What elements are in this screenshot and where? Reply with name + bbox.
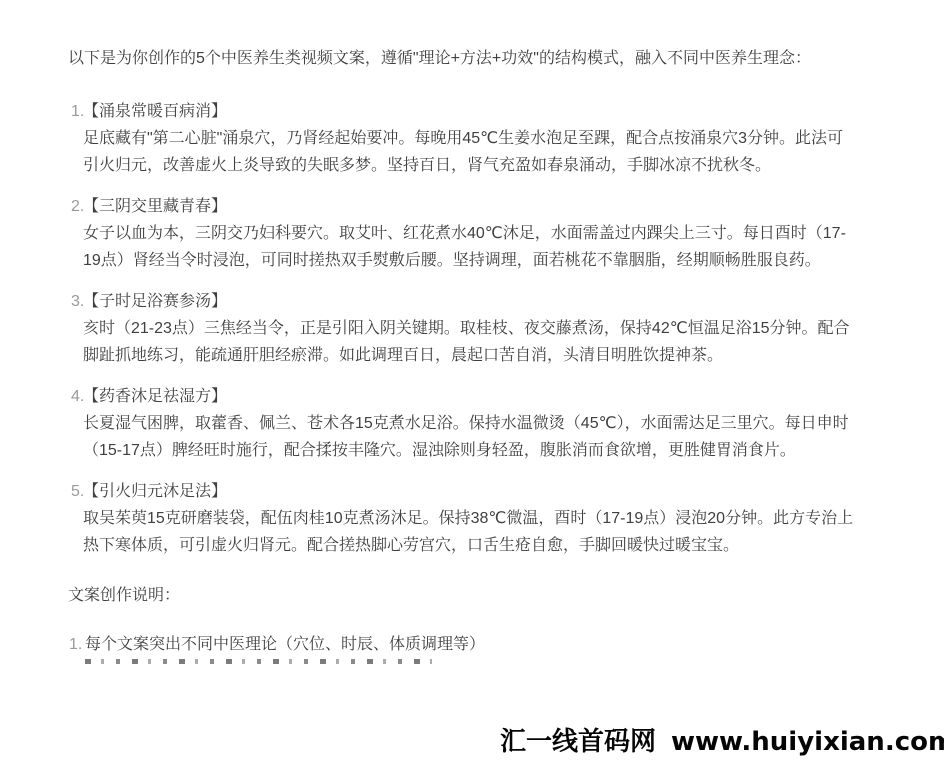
item-body: 足底藏有"第二心脏"涌泉穴，乃肾经起始要冲。每晚用45℃生姜水泡足至踝，配合点按… xyxy=(83,125,855,179)
item-body: 女子以血为本，三阴交乃妇科要穴。取艾叶、红花煮水40℃沐足，水面需盖过内踝尖上三… xyxy=(83,220,855,274)
watermark: 汇一线首码网 www.huiyixian.com xyxy=(494,724,944,760)
watermark-url: www.huiyixian.com xyxy=(671,729,944,756)
document-content: 以下是为你创作的5个中医养生类视频文案，遵循"理论+方法+功效"的结构模式，融入… xyxy=(0,0,944,664)
item-body: 取吴茱萸15克研磨装袋，配伍肉桂10克煮汤沐足。保持38℃微温，酉时（17-19… xyxy=(83,505,855,559)
note-number: 1. xyxy=(69,631,82,658)
item-title: 【三阴交里藏青春】 xyxy=(83,193,855,220)
list-item: 4. 【药香沐足祛湿方】 长夏湿气困脾，取藿香、佩兰、苍术各15克煮水足浴。保持… xyxy=(83,383,855,464)
item-number: 4. xyxy=(71,383,84,410)
item-body: 长夏湿气困脾，取藿香、佩兰、苍术各15克煮水足浴。保持水温微烫（45℃），水面需… xyxy=(83,410,855,464)
item-title: 【子时足浴赛参汤】 xyxy=(83,288,855,315)
note-text: 每个文案突出不同中医理论（穴位、时辰、体质调理等） xyxy=(85,636,485,653)
document-page: 以下是为你创作的5个中医养生类视频文案，遵循"理论+方法+功效"的结构模式，融入… xyxy=(0,0,944,761)
item-number: 2. xyxy=(71,193,84,220)
copy-item-list: 1. 【涌泉常暖百病消】 足底藏有"第二心脏"涌泉穴，乃肾经起始要冲。每晚用45… xyxy=(83,98,884,559)
list-item: 1. 【涌泉常暖百病消】 足底藏有"第二心脏"涌泉穴，乃肾经起始要冲。每晚用45… xyxy=(83,98,855,179)
item-number: 1. xyxy=(71,98,84,125)
item-title: 【引火归元沐足法】 xyxy=(83,478,855,505)
item-number: 5. xyxy=(71,478,84,505)
item-title: 【涌泉常暖百病消】 xyxy=(83,98,855,125)
watermark-site-name: 汇一线首码网 xyxy=(500,729,656,756)
note-item: 1. 每个文案突出不同中医理论（穴位、时辰、体质调理等） xyxy=(85,631,857,658)
notes-heading: 文案创作说明： xyxy=(68,582,884,609)
notes-list: 1. 每个文案突出不同中医理论（穴位、时辰、体质调理等） xyxy=(85,631,884,658)
intro-text: 以下是为你创作的5个中医养生类视频文案，遵循"理论+方法+功效"的结构模式，融入… xyxy=(68,45,884,72)
list-item: 2. 【三阴交里藏青春】 女子以血为本，三阴交乃妇科要穴。取艾叶、红花煮水40℃… xyxy=(83,193,855,274)
item-title: 【药香沐足祛湿方】 xyxy=(83,383,855,410)
item-number: 3. xyxy=(71,288,84,315)
clipped-text-line xyxy=(85,659,432,664)
list-item: 3. 【子时足浴赛参汤】 亥时（21-23点）三焦经当令，正是引阳入阴关键期。取… xyxy=(83,288,855,369)
item-body: 亥时（21-23点）三焦经当令，正是引阳入阴关键期。取桂枝、夜交藤煮汤，保持42… xyxy=(83,315,855,369)
list-item: 5. 【引火归元沐足法】 取吴茱萸15克研磨装袋，配伍肉桂10克煮汤沐足。保持3… xyxy=(83,478,855,559)
